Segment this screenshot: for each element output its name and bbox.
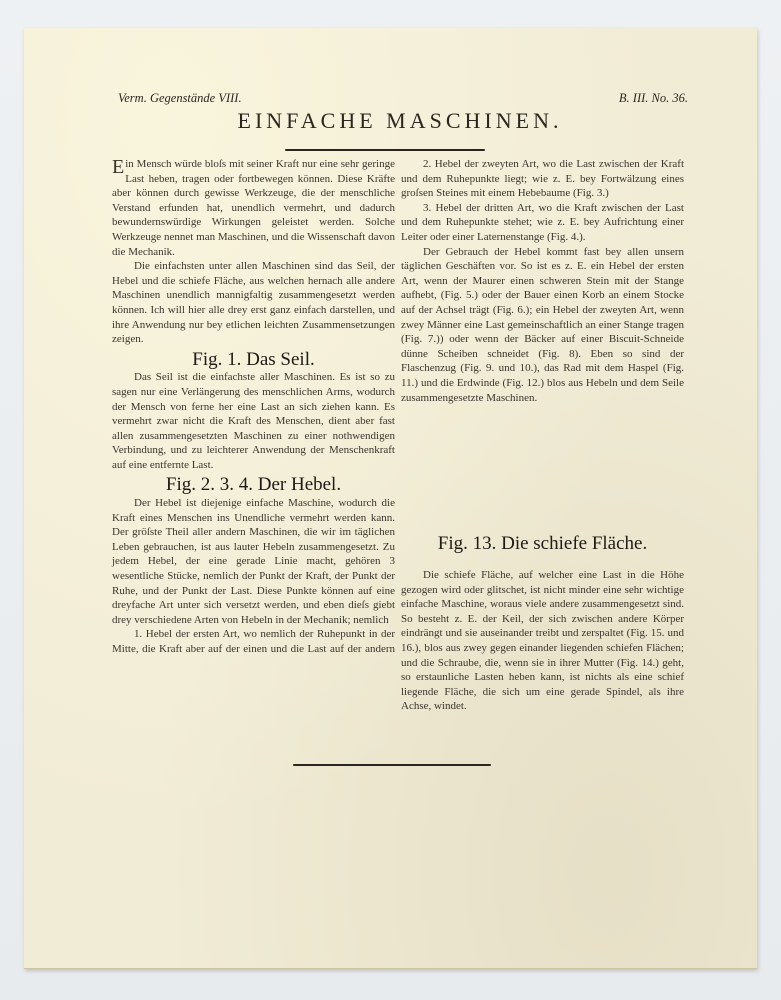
hebel-paragraph-2: 1. Hebel der ersten Art, wo nemlich der …: [112, 627, 395, 656]
running-header: Verm. Gegenstände VIII. B. III. No. 36.: [118, 91, 688, 107]
heading-schiefe-flaeche: Fig. 13. Die schiefe Fläche.: [401, 533, 684, 555]
heading-hebel: Fig. 2. 3. 4. Der Hebel.: [112, 478, 395, 493]
column-right-top: 2. Hebel der zweyten Art, wo die Last zw…: [401, 157, 684, 405]
hebel-paragraph-4: 3. Hebel der dritten Art, wo die Kraft z…: [401, 201, 684, 245]
hebel-paragraph-1: Der Hebel ist diejenige einfache Maschin…: [112, 496, 395, 627]
drop-cap: E: [112, 158, 124, 176]
heading-seil: Fig. 1. Das Seil.: [112, 353, 395, 368]
hebel-paragraph-5: Der Gebrauch der Hebel kommt fast bey al…: [401, 245, 684, 406]
hebel-paragraph-3: 2. Hebel der zweyten Art, wo die Last zw…: [401, 157, 684, 201]
closing-rule: [293, 764, 491, 766]
column-right-bottom: Die schiefe Fläche, auf welcher eine Las…: [401, 568, 684, 714]
page-title: EINFACHE MASCHINEN.: [100, 108, 700, 134]
title-rule: [285, 149, 485, 151]
volume-number: B. III. No. 36.: [619, 91, 688, 106]
intro-paragraph-1: Ein Mensch würde bloſs mit seiner Kraft …: [112, 157, 395, 259]
column-left-top: Ein Mensch würde bloſs mit seiner Kraft …: [112, 157, 395, 656]
intro-paragraph-2: Die einfachsten unter allen Maschinen si…: [112, 259, 395, 347]
seil-paragraph: Das Seil ist die einfachste aller Maschi…: [112, 370, 395, 472]
series-label: Verm. Gegenstände VIII.: [118, 91, 242, 106]
flaeche-paragraph: Die schiefe Fläche, auf welcher eine Las…: [401, 568, 684, 714]
